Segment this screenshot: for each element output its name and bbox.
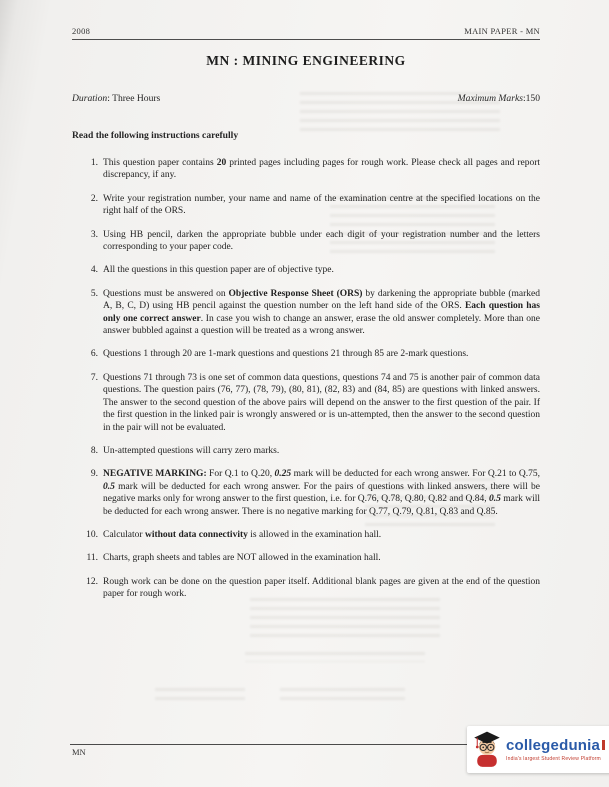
instruction-item-12: 12.Rough work can be done on the questio… [72, 576, 540, 601]
instruction-number: 8. [72, 445, 98, 457]
instruction-number: 6. [72, 348, 98, 360]
graduate-mascot-icon [472, 727, 502, 772]
instruction-item-3: 3.Using HB pencil, darken the appropriat… [72, 229, 540, 254]
bleed-through-smudge [155, 688, 245, 706]
marks-text: Maximum Marks:150 [458, 93, 540, 104]
logo-accent-mark-icon [602, 740, 605, 750]
instruction-number: 9. [72, 468, 98, 480]
instruction-number: 3. [72, 229, 98, 241]
exam-meta-row: Duration: Three Hours Maximum Marks:150 [72, 93, 540, 104]
instruction-number: 1. [72, 157, 98, 169]
instruction-number: 12. [72, 576, 98, 588]
instruction-number: 5. [72, 288, 98, 300]
instruction-text: Questions 1 through 20 are 1-mark questi… [103, 349, 468, 359]
instruction-item-4: 4.All the questions in this question pap… [72, 264, 540, 276]
instruction-item-8: 8.Un-attempted questions will carry zero… [72, 445, 540, 457]
duration-text: Duration: Three Hours [72, 93, 160, 104]
header-year: 2008 [72, 26, 90, 36]
instruction-number: 10. [72, 529, 98, 541]
instruction-text: Using HB pencil, darken the appropriate … [103, 230, 540, 252]
instruction-item-5: 5.Questions must be answered on Objectiv… [72, 288, 540, 338]
bleed-through-smudge [245, 652, 425, 662]
instruction-text: All the questions in this question paper… [103, 265, 334, 275]
marks-label: Maximum Marks [458, 93, 523, 104]
instruction-item-2: 2.Write your registration number, your n… [72, 193, 540, 218]
instruction-number: 7. [72, 372, 98, 384]
instruction-text: Rough work can be done on the question p… [103, 577, 540, 599]
header-paper-code: MAIN PAPER - MN [464, 26, 540, 36]
instruction-number: 11. [72, 552, 98, 564]
instruction-item-6: 6.Questions 1 through 20 are 1-mark ques… [72, 348, 540, 360]
instruction-text: Un-attempted questions will carry zero m… [103, 446, 279, 456]
page-title: MN : MINING ENGINEERING [72, 53, 540, 69]
marks-value: :150 [523, 93, 540, 104]
instruction-text: This question paper contains 20 printed … [103, 158, 540, 180]
instruction-number: 2. [72, 193, 98, 205]
instruction-item-10: 10.Calculator without data connectivity … [72, 529, 540, 541]
instruction-text: Charts, graph sheets and tables are NOT … [103, 553, 381, 563]
logo-tagline: India's largest Student Review Platform [506, 757, 605, 762]
page-header: 2008 MAIN PAPER - MN [72, 0, 540, 36]
footer-rule [70, 744, 467, 745]
page-content: 2008 MAIN PAPER - MN MN : MINING ENGINEE… [72, 0, 540, 612]
duration-value: : Three Hours [107, 93, 160, 104]
instruction-item-7: 7.Questions 71 through 73 is one set of … [72, 372, 540, 434]
header-rule [72, 39, 540, 40]
instruction-number: 4. [72, 264, 98, 276]
instructions-heading: Read the following instructions carefull… [72, 130, 540, 141]
bleed-through-smudge [280, 688, 405, 706]
instruction-text: Questions must be answered on Objective … [103, 289, 540, 336]
duration-label: Duration [72, 93, 107, 104]
instruction-text: Calculator without data connectivity is … [103, 530, 381, 540]
scanned-exam-page: 2008 MAIN PAPER - MN MN : MINING ENGINEE… [0, 0, 609, 787]
instruction-text: Questions 71 through 73 is one set of co… [103, 373, 540, 433]
instruction-item-1: 1.This question paper contains 20 printe… [72, 157, 540, 182]
logo-wordmark: collegedunia [506, 737, 600, 754]
instruction-item-9: 9.NEGATIVE MARKING: For Q.1 to Q.20, 0.2… [72, 468, 540, 518]
instruction-item-11: 11.Charts, graph sheets and tables are N… [72, 552, 540, 564]
instruction-text: NEGATIVE MARKING: For Q.1 to Q.20, 0.25 … [103, 469, 540, 516]
footer-paper-code: MN [72, 747, 86, 757]
collegedunia-watermark: collegedunia India's largest Student Rev… [467, 726, 609, 773]
logo-text-column: collegedunia India's largest Student Rev… [506, 738, 605, 762]
instruction-text: Write your registration number, your nam… [103, 194, 540, 216]
instructions-list: 1.This question paper contains 20 printe… [72, 157, 540, 601]
